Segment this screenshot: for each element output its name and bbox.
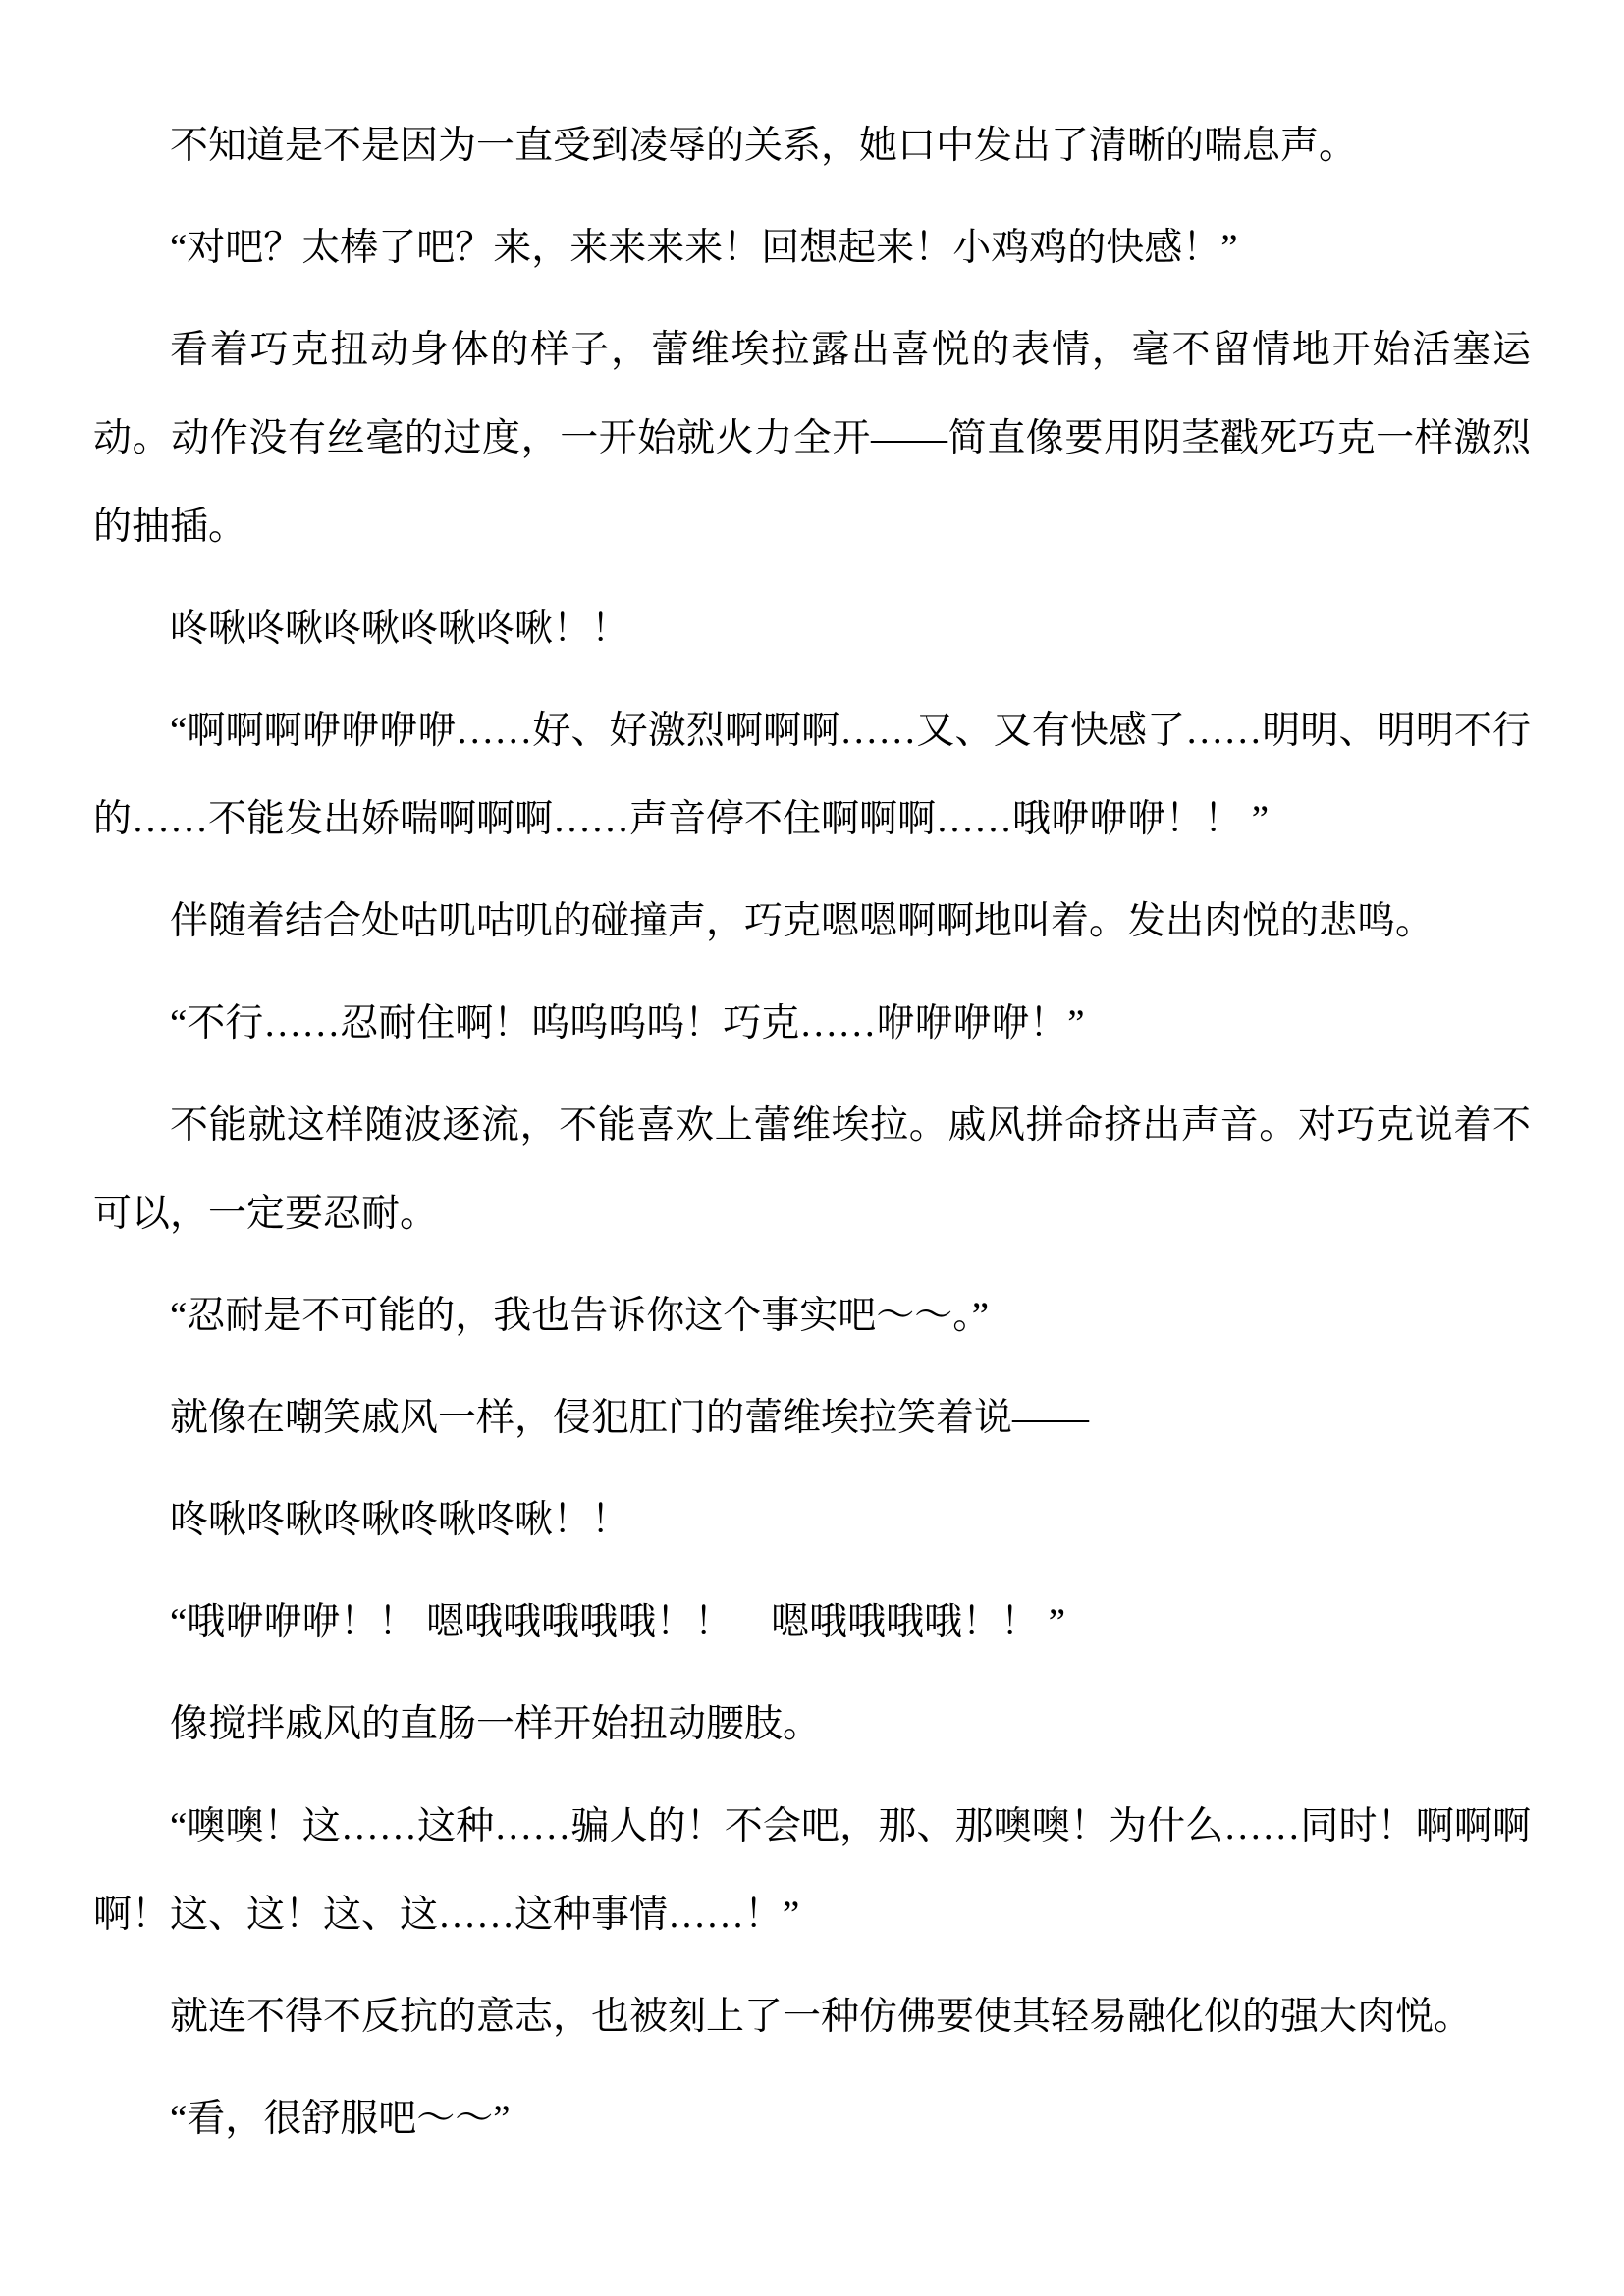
- paragraph: 不知道是不是因为一直受到凌辱的关系，她口中发出了清晰的喘息声。: [93, 102, 1531, 190]
- paragraph: “不行……忍耐住啊！呜呜呜呜！巧克……咿咿咿咿！”: [93, 980, 1531, 1068]
- paragraph: “啊啊啊咿咿咿咿……好、好激烈啊啊啊……又、又有快感了……明明、明明不行的……不…: [93, 687, 1531, 864]
- paragraph: 咚啾咚啾咚啾咚啾咚啾！！: [93, 1476, 1531, 1565]
- paragraph: “哦咿咿咿！！ 嗯哦哦哦哦哦！！ 嗯哦哦哦哦！！ ”: [93, 1578, 1531, 1667]
- paragraph: 不能就这样随波逐流，不能喜欢上蕾维埃拉。戚风拼命挤出声音。对巧克说着不可以，一定…: [93, 1082, 1531, 1258]
- paragraph: “对吧？太棒了吧？来，来来来来！回想起来！小鸡鸡的快感！”: [93, 204, 1531, 293]
- paragraph: “看，很舒服吧～～”: [93, 2075, 1531, 2163]
- paragraph: “忍耐是不可能的，我也告诉你这个事实吧～～。”: [93, 1272, 1531, 1361]
- document-page: 不知道是不是因为一直受到凌辱的关系，她口中发出了清晰的喘息声。 “对吧？太棒了吧…: [0, 0, 1624, 2296]
- paragraph: 就连不得不反抗的意志，也被刻上了一种仿佛要使其轻易融化似的强大肉悦。: [93, 1973, 1531, 2061]
- paragraph: 就像在嘲笑戚风一样，侵犯肛门的蕾维埃拉笑着说——: [93, 1374, 1531, 1463]
- paragraph: 看着巧克扭动身体的样子，蕾维埃拉露出喜悦的表情，毫不留情地开始活塞运动。动作没有…: [93, 306, 1531, 571]
- paragraph: 像搅拌戚风的直肠一样开始扭动腰肢。: [93, 1681, 1531, 1769]
- paragraph: “噢噢！这……这种……骗人的！不会吧，那、那噢噢！为什么……同时！啊啊啊啊！这、…: [93, 1783, 1531, 1959]
- paragraph: 伴随着结合处咕叽咕叽的碰撞声，巧克嗯嗯啊啊地叫着。发出肉悦的悲鸣。: [93, 878, 1531, 966]
- paragraph: 咚啾咚啾咚啾咚啾咚啾！！: [93, 585, 1531, 673]
